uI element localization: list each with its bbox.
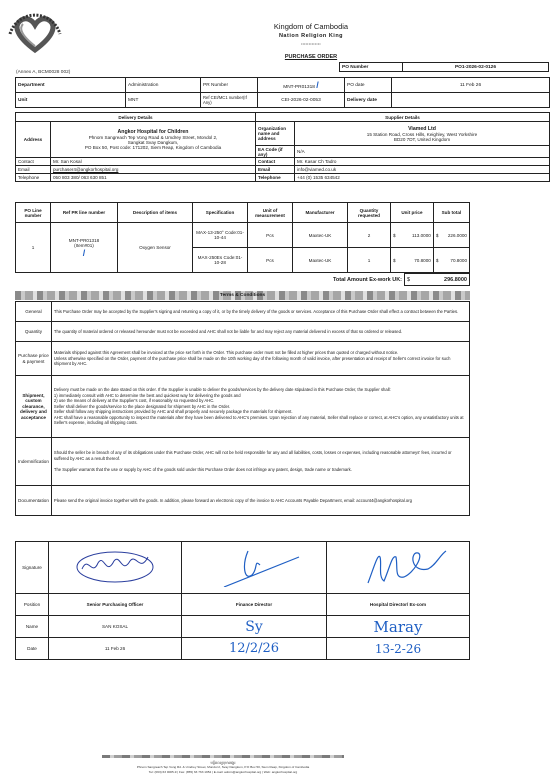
date-senior-purchasing: 11 Feb 26 (49, 638, 182, 660)
term-label-payment: Purchase price & payment (16, 342, 52, 376)
address-label: Address (16, 122, 51, 158)
term-text-payment: Materials shipped against this Agreement… (51, 342, 469, 376)
supplier-contact-value: Mr. Kasar Ch Tadro (295, 158, 550, 166)
po-date-value: 11 Feb 26 (392, 78, 550, 93)
po-header-table: Department Administration PR Number MNT-… (15, 77, 550, 108)
supplier-email-label: Email (256, 166, 295, 174)
col-unit: Unit of measurement (248, 203, 293, 223)
col-subtotal: Sub total (433, 203, 469, 223)
delivery-address: Angkor Hospital for Children Phnom Sangr… (51, 122, 256, 158)
delivery-email-label: Email (16, 166, 51, 174)
col-manufacturer: Manufacturer (293, 203, 348, 223)
term-text-general: This Purchase Order may be accepted by t… (51, 302, 469, 322)
delivery-date-value (392, 93, 550, 108)
term-label-indemnification: Indemnification (16, 438, 52, 486)
checkmark-icon: / (316, 80, 319, 90)
po-number: PO1-2026-02-0126 (403, 63, 549, 72)
total-row: Total Amount Ex-work UK: $ 296.8000 (323, 273, 470, 286)
po-number-label: PO Number (340, 63, 403, 72)
signature-hospital-director (327, 542, 470, 594)
item-subtotal-currency: $ (433, 223, 446, 248)
delivery-details-heading: Delivery Details (16, 113, 256, 122)
delivery-email-value[interactable]: purchaser4@angkorhospital.org (51, 166, 256, 174)
item-subtotal: 70.8000 (446, 248, 470, 273)
signature-scribble-icon (204, 547, 304, 587)
term-text-documentation: Please send the original invoice togethe… (51, 486, 469, 516)
supplier-org-label: Organization name and address (256, 122, 295, 146)
footer-address: Phnom Sangreach Tep Vong Rd. & Umdrey St… (102, 765, 344, 769)
col-quantity: Quantity requested (348, 203, 391, 223)
item-description: Oxygen Sensor (118, 223, 193, 273)
term-text-indemnification: Should the seller be in breach of any of… (51, 438, 469, 486)
ornament-divider: ••••••••••••• (236, 42, 386, 46)
department-value: Administration (126, 78, 201, 93)
signature-label: Signature (16, 542, 49, 594)
name-label: Name (16, 616, 49, 638)
item-quantity: 1 (348, 248, 391, 273)
heart-logo-icon (4, 4, 66, 56)
item-manufacturer: Maxtec-UK (293, 223, 348, 248)
position-senior-purchasing: Senior Purchasing Officer (49, 594, 182, 616)
delivery-telephone-label: Telephone (16, 174, 51, 182)
checkmark-icon: / (83, 248, 86, 258)
signature-finance-director (182, 542, 327, 594)
position-label: Position (16, 594, 49, 616)
item-currency: $ (391, 248, 404, 273)
signature-senior-purchasing (49, 542, 182, 594)
pr-number-label: PR Number (201, 78, 258, 93)
col-po-line: PO Line number (16, 203, 51, 223)
item-unit: Pcs (248, 248, 293, 273)
col-pr-line: Ref PR line number (51, 203, 118, 223)
supplier-details-heading: Supplier Details (256, 113, 550, 122)
unit-label: Unit (16, 93, 126, 108)
delivery-date-label: Delivery date (345, 93, 392, 108)
unit-value: MNT (126, 93, 201, 108)
signature-scribble-icon (348, 547, 448, 587)
items-table: PO Line number Ref PR line number Descri… (15, 202, 470, 273)
total-amount: 296.8000 (417, 274, 470, 286)
signature-scribble-icon (70, 547, 160, 587)
item-unit: Pcs (248, 223, 293, 248)
po-number-box: PO Number PO1-2026-02-0126 (339, 62, 549, 72)
item-subtotal-currency: $ (433, 248, 446, 273)
table-row: 1 MNT-PR01318 (Item#01) / Oxygen Sensor … (16, 223, 470, 248)
pr-line-number: MNT-PR01318 (Item#01) / (51, 223, 118, 273)
country-title: Kingdom of Cambodia (236, 22, 386, 31)
name-hospital-director: Maray (327, 616, 470, 638)
pr-number-value: MNT-PR01318 / (258, 78, 345, 93)
name-senior-purchasing: SAN KOSAL (49, 616, 182, 638)
supplier-email-value[interactable]: info@viamed.co.uk (295, 166, 550, 174)
signature-table: Signature Position Senior Purchasing Off… (15, 541, 470, 660)
total-label: Total Amount Ex-work UK: (323, 274, 405, 286)
ref-number-value: CEI-2026-02-0053 (258, 93, 345, 108)
department-label: Department (16, 78, 126, 93)
ea-code-value: N/A (295, 146, 550, 158)
term-label-documentation: Documentation (16, 486, 52, 516)
position-hospital-director: Hospital Director/ Ex-com (327, 594, 470, 616)
item-specification: MAX-13-250° Code:01-10-44 (193, 223, 248, 248)
item-currency: $ (391, 223, 404, 248)
delivery-contact-value: Mr. San Kosal (51, 158, 256, 166)
po-date-label: PO date (345, 78, 392, 93)
delivery-supplier-table: Delivery Details Supplier Details Addres… (15, 112, 550, 182)
ea-code-label: EA Code (if any) (256, 146, 295, 158)
supplier-address: Viamed Ltd 15 Station Road, Cross Hills,… (295, 122, 550, 146)
name-finance-director: Sy (182, 616, 327, 638)
item-subtotal: 226.0000 (446, 223, 470, 248)
po-line-number: 1 (16, 223, 51, 273)
col-specification: Specification (193, 203, 248, 223)
term-label-general: General (16, 302, 52, 322)
terms-table: General This Purchase Order may be accep… (15, 301, 470, 516)
col-unit-price: Unit price (391, 203, 434, 223)
item-quantity: 2 (348, 223, 391, 248)
delivery-contact-label: Contact (16, 158, 51, 166)
supplier-contact-label: Contact (256, 158, 295, 166)
document-title: PURCHASE ORDER (236, 54, 386, 60)
item-unit-price: 113.0000 (403, 223, 433, 248)
delivery-telephone-value: 050 803 380/ 063 630 851 (51, 174, 256, 182)
term-label-quantity: Quantity (16, 322, 52, 342)
item-unit-price: 70.8000 (403, 248, 433, 273)
annex-reference: (Annex A, BCM0028 002) (16, 70, 70, 75)
col-description: Description of items (118, 203, 193, 223)
supplier-telephone-value: +44 (0) 1535 634542 (295, 174, 550, 182)
date-finance-director: 12/2/26 (182, 638, 327, 660)
footer-contact: Tel: (063) 63 0005-9 | Fax: (855) 63 763… (102, 770, 344, 774)
position-finance-director: Finance Director (182, 594, 327, 616)
term-text-shipment: Delivery must be made on the date stated… (51, 376, 469, 438)
terms-heading: Terms & Conditions (15, 291, 470, 300)
date-label: Date (16, 638, 49, 660)
national-motto: Nation Religion King (236, 33, 386, 39)
ref-number-label: Ref CEI/MC1 number(If Any) (201, 93, 258, 108)
footer-divider (102, 755, 344, 758)
date-hospital-director: 13-2-26 (327, 638, 470, 660)
term-text-quantity: The quantity of material ordered or rele… (51, 322, 469, 342)
supplier-telephone-label: Telephone (256, 174, 295, 182)
term-label-shipment: Shipment, custom clearance, delivery and… (16, 376, 52, 438)
total-currency: $ (405, 274, 418, 286)
item-specification: MAX-250Es Code:01-10-28 (193, 248, 248, 273)
item-manufacturer: Maxtec-UK (293, 248, 348, 273)
